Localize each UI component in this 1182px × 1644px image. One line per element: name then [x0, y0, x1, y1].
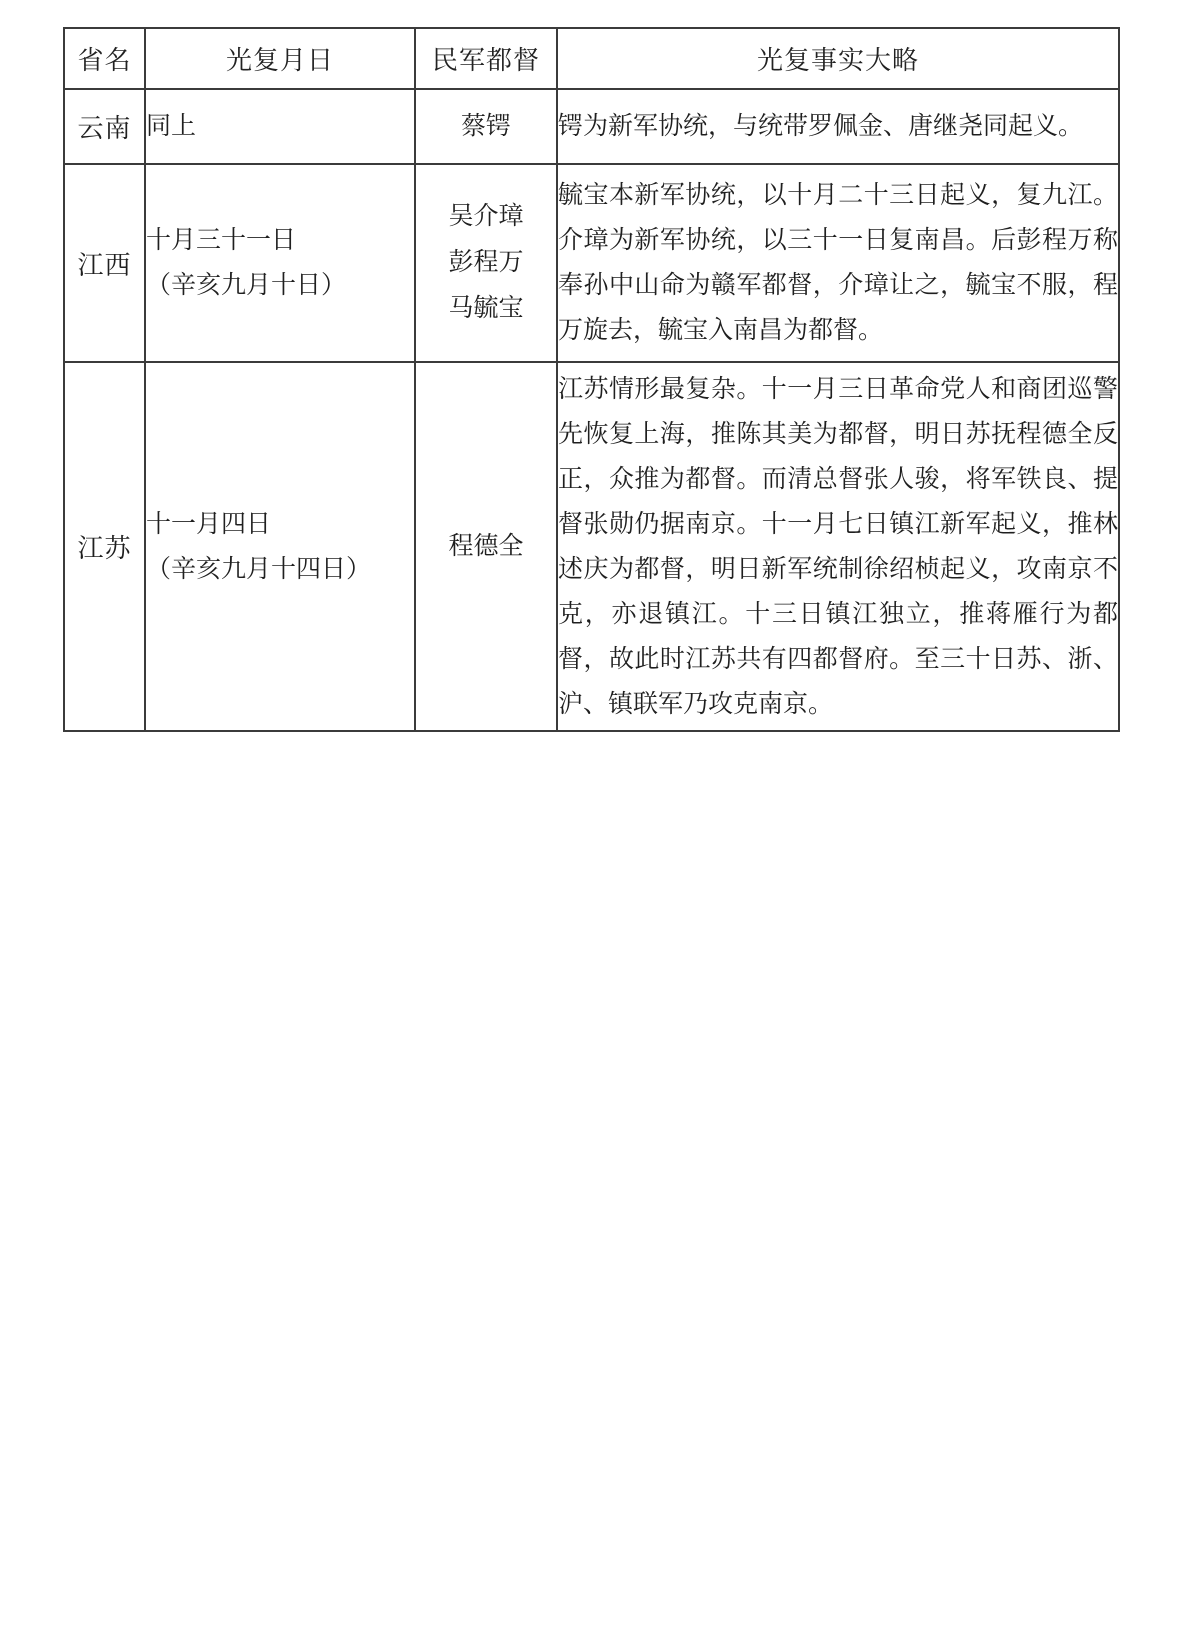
header-restoration-summary: 光复事实大略 — [557, 28, 1119, 89]
header-province: 省名 — [64, 28, 145, 89]
governor-name: 蔡锷 — [416, 104, 556, 150]
date-line: （辛亥九月十四日） — [146, 547, 414, 592]
governor-name: 马毓宝 — [416, 286, 556, 332]
restoration-summary: 锷为新军协统，与统带罗佩金、唐继尧同起义。 — [557, 89, 1119, 164]
governor-name: 吴介璋 — [416, 194, 556, 240]
restoration-date: 同上 — [145, 89, 415, 164]
restoration-date: 十一月四日 （辛亥九月十四日） — [145, 362, 415, 731]
scanned-document-page: 省名 光复月日 民军都督 光复事实大略 云南 同上 蔡锷 锷为新军协统，与统带罗… — [0, 0, 1182, 1644]
date-line: 十一月四日 — [146, 502, 414, 547]
restoration-summary: 江苏情形最复杂。十一月三日革命党人和商团巡警先恢复上海，推陈其美为都督，明日苏抚… — [557, 362, 1119, 731]
province-name: 江苏 — [64, 362, 145, 731]
governor-name: 程德全 — [416, 524, 556, 570]
governor-names: 程德全 — [415, 362, 557, 731]
governor-names: 吴介璋 彭程万 马毓宝 — [415, 164, 557, 362]
table-row-jiangxi: 江西 十月三十一日 （辛亥九月十日） 吴介璋 彭程万 马毓宝 毓宝本新军协统，以… — [64, 164, 1119, 362]
table-header-row: 省名 光复月日 民军都督 光复事实大略 — [64, 28, 1119, 89]
date-line: 同上 — [146, 104, 414, 149]
date-line: （辛亥九月十日） — [146, 263, 414, 308]
province-name: 云南 — [64, 89, 145, 164]
header-restoration-date: 光复月日 — [145, 28, 415, 89]
governor-name: 彭程万 — [416, 240, 556, 286]
date-line: 十月三十一日 — [146, 218, 414, 263]
restoration-summary: 毓宝本新军协统，以十月二十三日起义，复九江。介璋为新军协统，以三十一日复南昌。后… — [557, 164, 1119, 362]
governor-names: 蔡锷 — [415, 89, 557, 164]
restoration-table: 省名 光复月日 民军都督 光复事实大略 云南 同上 蔡锷 锷为新军协统，与统带罗… — [63, 27, 1120, 732]
province-name: 江西 — [64, 164, 145, 362]
table-row-yunnan: 云南 同上 蔡锷 锷为新军协统，与统带罗佩金、唐继尧同起义。 — [64, 89, 1119, 164]
header-military-governor: 民军都督 — [415, 28, 557, 89]
table-row-jiangsu: 江苏 十一月四日 （辛亥九月十四日） 程德全 江苏情形最复杂。十一月三日革命党人… — [64, 362, 1119, 731]
restoration-date: 十月三十一日 （辛亥九月十日） — [145, 164, 415, 362]
